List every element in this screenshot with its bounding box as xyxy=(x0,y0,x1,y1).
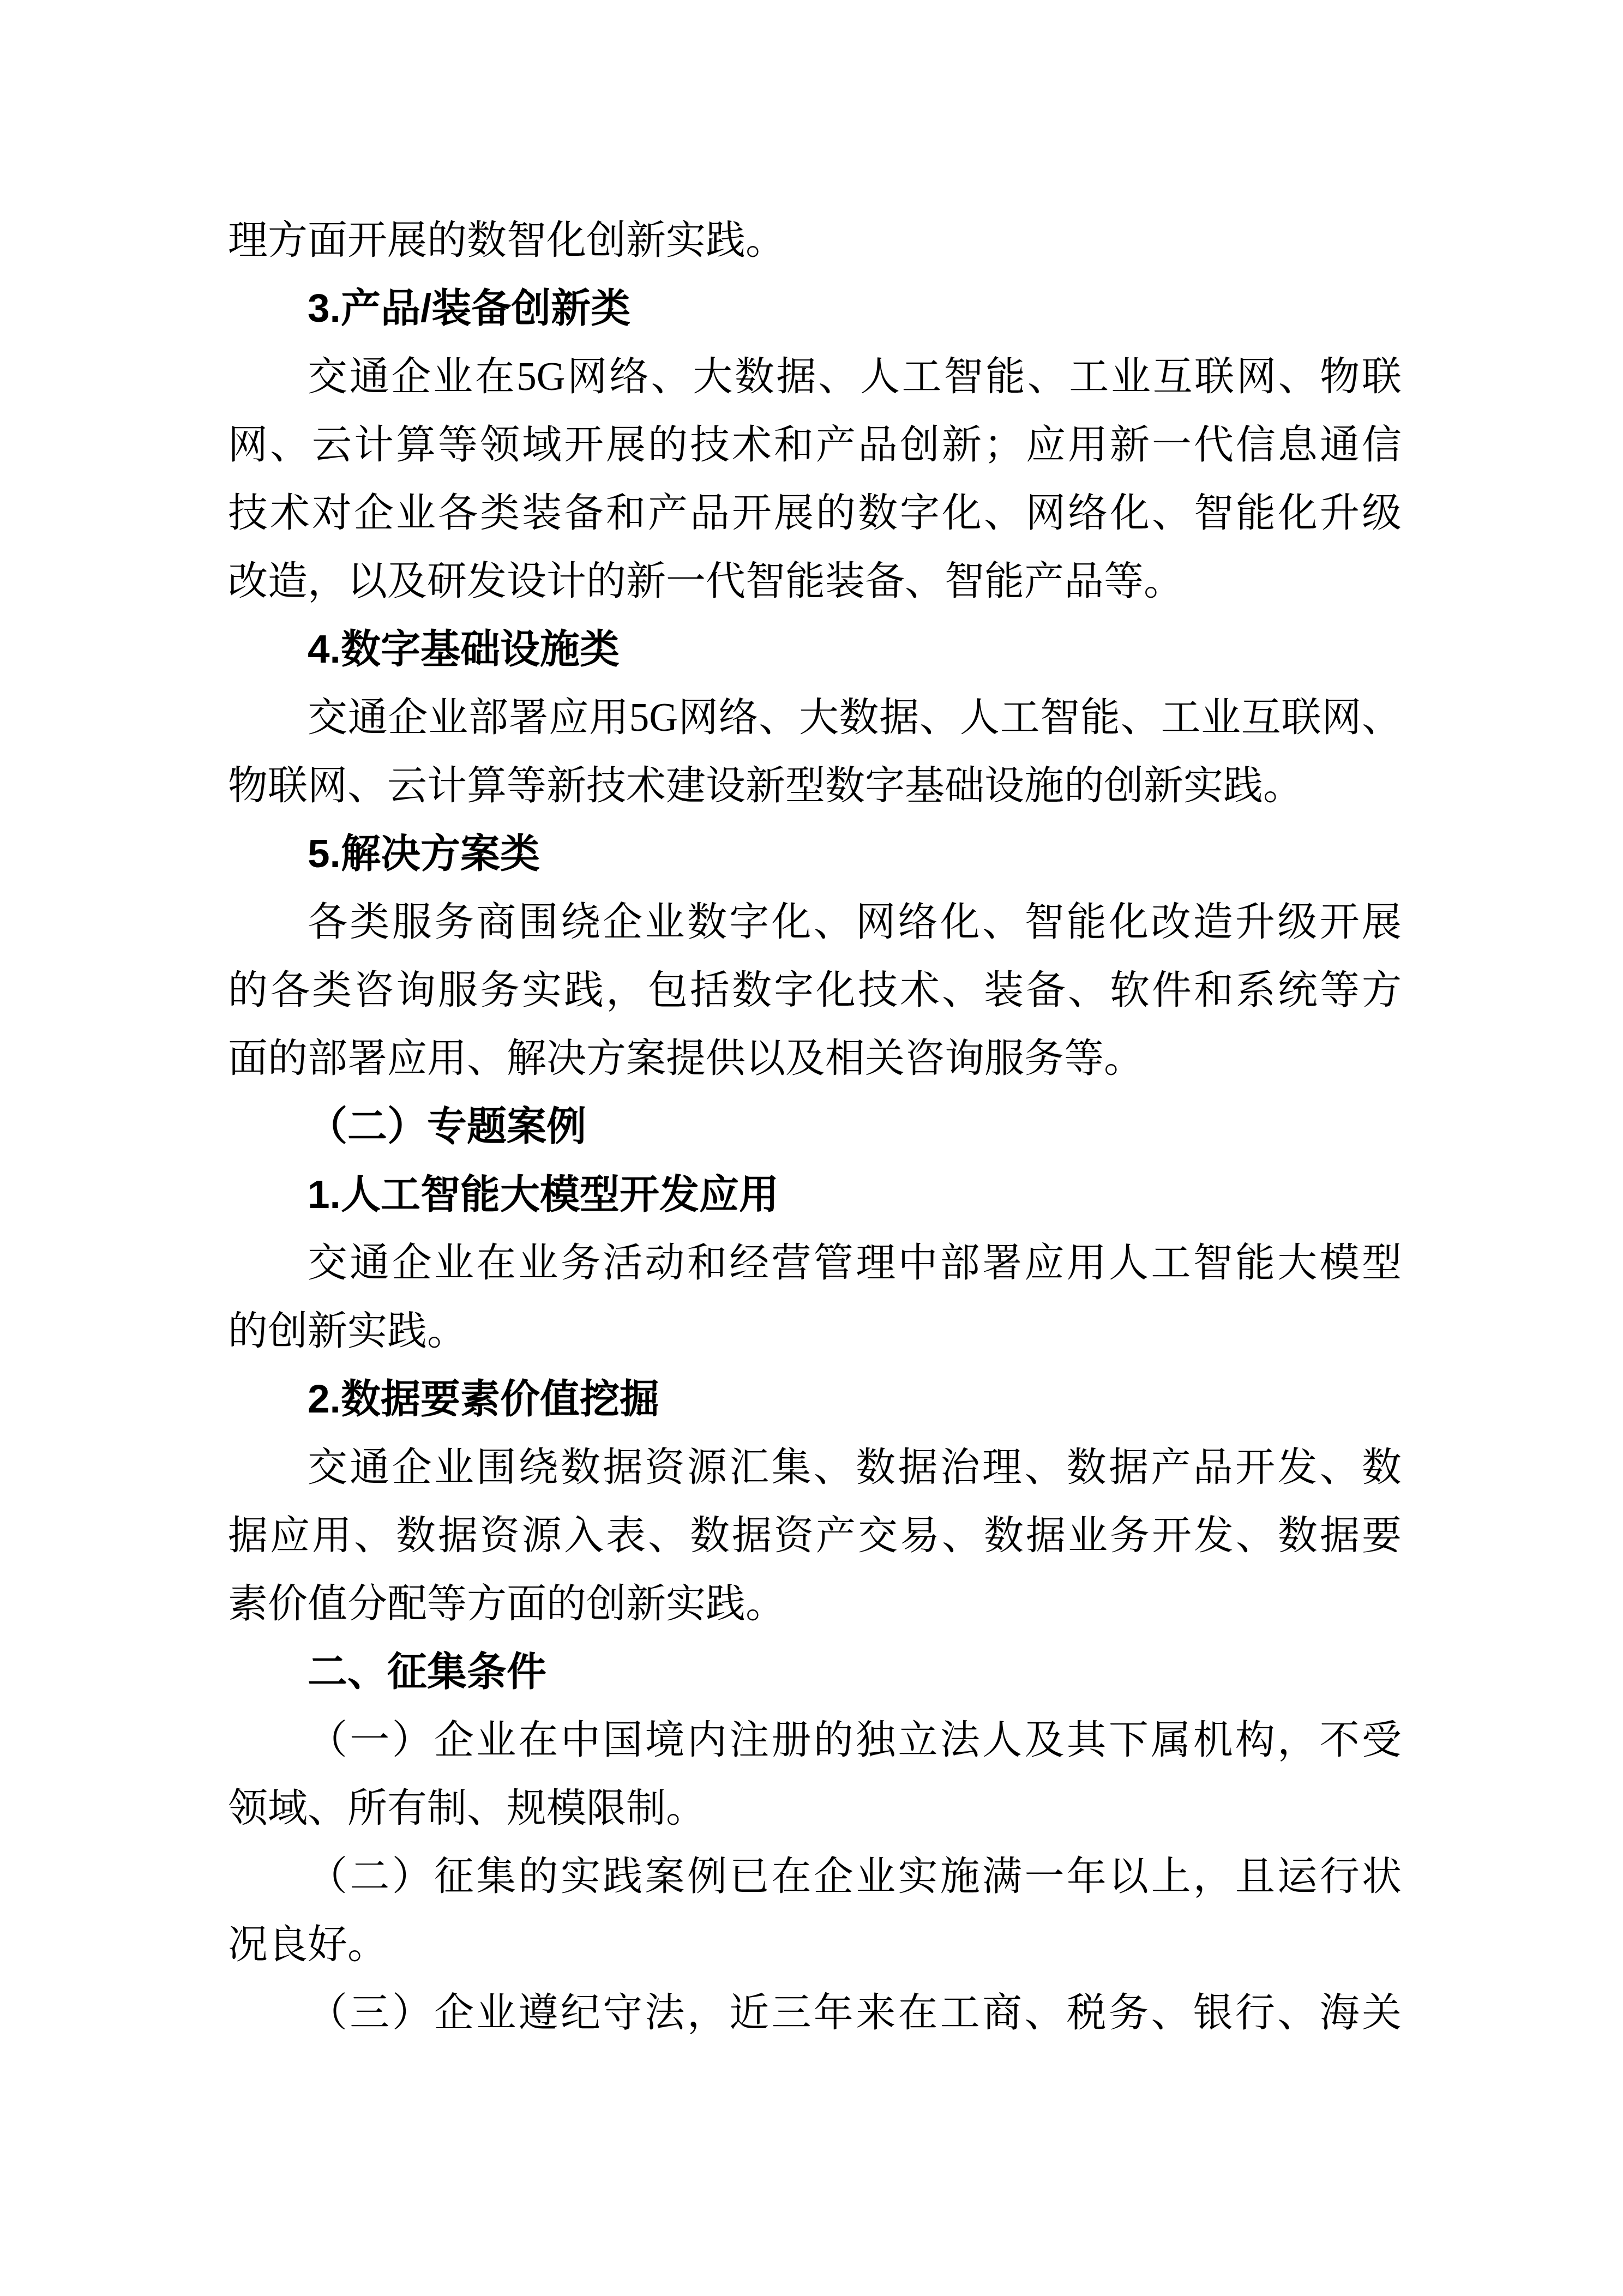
paragraph-line: 各类服务商围绕企业数字化、网络化、智能化改造升级开展 xyxy=(228,888,1402,956)
document-page: 理方面开展的数智化创新实践。 3.产品/装备创新类 交通企业在5G网络、大数据、… xyxy=(0,0,1623,2296)
paragraph-line: 况良好。 xyxy=(228,1910,1402,1979)
heading-line: 1.人工智能大模型开发应用 xyxy=(228,1161,1402,1229)
heading-line: 3.产品/装备创新类 xyxy=(228,274,1402,342)
heading-line: 4.数字基础设施类 xyxy=(228,615,1402,683)
heading-line: 2.数据要素价值挖掘 xyxy=(228,1365,1402,1433)
paragraph-line: 交通企业部署应用5G网络、大数据、人工智能、工业互联网、 xyxy=(228,683,1402,752)
paragraph-line: 交通企业在业务活动和经营管理中部署应用人工智能大模型 xyxy=(228,1229,1402,1297)
paragraph-line: 物联网、云计算等新技术建设新型数字基础设施的创新实践。 xyxy=(228,752,1402,820)
paragraph-line: 理方面开展的数智化创新实践。 xyxy=(228,206,1402,274)
paragraph-line: 素价值分配等方面的创新实践。 xyxy=(228,1570,1402,1638)
paragraph-line: 据应用、数据资源入表、数据资产交易、数据业务开发、数据要 xyxy=(228,1501,1402,1570)
heading-line: 二、征集条件 xyxy=(228,1638,1402,1706)
paragraph-line: （一）企业在中国境内注册的独立法人及其下属机构，不受 xyxy=(228,1706,1402,1774)
paragraph-line: （三）企业遵纪守法，近三年来在工商、税务、银行、海关 xyxy=(228,1979,1402,2047)
paragraph-line: 交通企业在5G网络、大数据、人工智能、工业互联网、物联 xyxy=(228,342,1402,411)
paragraph-line: 的创新实践。 xyxy=(228,1297,1402,1365)
paragraph-line: 面的部署应用、解决方案提供以及相关咨询服务等。 xyxy=(228,1024,1402,1092)
paragraph-line: 的各类咨询服务实践，包括数字化技术、装备、软件和系统等方 xyxy=(228,956,1402,1024)
paragraph-line: 交通企业围绕数据资源汇集、数据治理、数据产品开发、数 xyxy=(228,1433,1402,1501)
document-text-block: 理方面开展的数智化创新实践。 3.产品/装备创新类 交通企业在5G网络、大数据、… xyxy=(228,206,1402,2047)
paragraph-line: 技术对企业各类装备和产品开展的数字化、网络化、智能化升级 xyxy=(228,479,1402,547)
paragraph-line: 改造，以及研发设计的新一代智能装备、智能产品等。 xyxy=(228,547,1402,615)
paragraph-line: 网、云计算等领域开展的技术和产品创新；应用新一代信息通信 xyxy=(228,411,1402,479)
heading-line: 5.解决方案类 xyxy=(228,820,1402,888)
paragraph-line: 领域、所有制、规模限制。 xyxy=(228,1774,1402,1842)
paragraph-line: （二）征集的实践案例已在企业实施满一年以上，且运行状 xyxy=(228,1842,1402,1910)
heading-line: （二）专题案例 xyxy=(228,1092,1402,1161)
